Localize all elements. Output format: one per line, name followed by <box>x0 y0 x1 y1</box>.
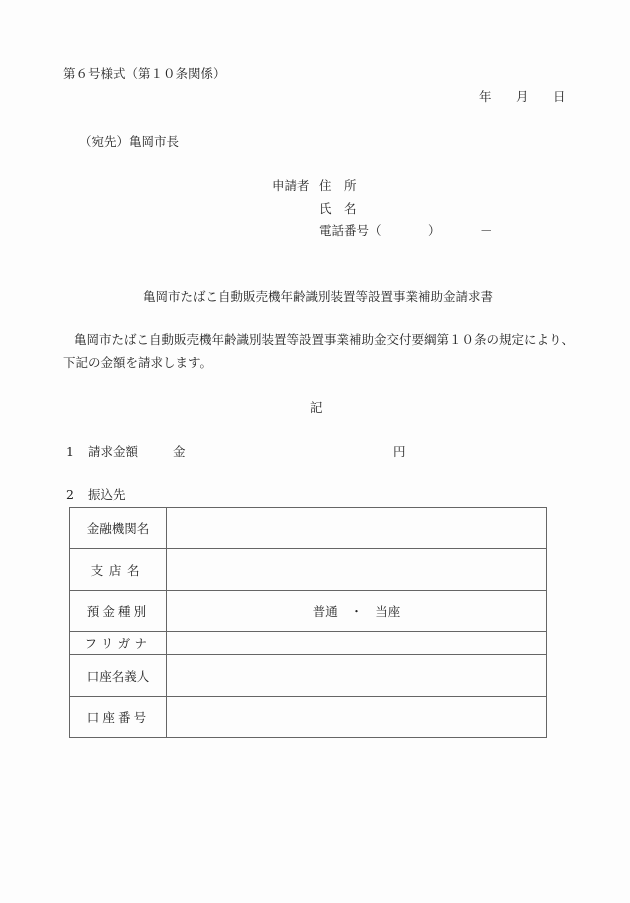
bank-account-table: 金融機関名 支店名 預金種別 普通 ・ 当座 フリガナ 口座名義人 口座番号 <box>69 507 547 738</box>
table-row: フリガナ <box>70 632 547 655</box>
item2-label: 振込先 <box>88 489 126 502</box>
item2-number: 2 <box>66 489 74 502</box>
applicant-label: 申請者 <box>272 180 310 193</box>
table-row: 金融機関名 <box>70 508 547 549</box>
item1-yen: 円 <box>393 446 406 459</box>
account-number-label: 口座番号 <box>70 697 167 738</box>
document-title: 亀岡市たばこ自動販売機年齢識別装置等設置事業補助金請求書 <box>143 291 493 304</box>
table-row: 預金種別 普通 ・ 当座 <box>70 591 547 632</box>
phone-close-paren: ） <box>428 225 441 238</box>
account-holder-field[interactable] <box>167 655 547 697</box>
phone-label: 電話番号（ <box>319 225 382 238</box>
address-label: 住 所 <box>319 180 357 193</box>
furigana-label: フリガナ <box>70 632 167 655</box>
name-label: 氏 名 <box>319 203 357 216</box>
date-year: 年 <box>479 91 492 104</box>
account-number-field[interactable] <box>167 697 547 738</box>
item1-number: 1 <box>66 446 74 459</box>
bank-name-field[interactable] <box>167 508 547 549</box>
branch-name-field[interactable] <box>167 549 547 591</box>
date-month: 月 <box>516 91 529 104</box>
item1-kin: 金 <box>173 446 186 459</box>
item1-label: 請求金額 <box>88 446 138 459</box>
date-day: 日 <box>553 91 566 104</box>
bank-name-label: 金融機関名 <box>70 508 167 549</box>
form-number: 第６号様式（第１０条関係） <box>63 68 226 81</box>
addressee: （宛先）亀岡市長 <box>79 136 179 149</box>
table-row: 支店名 <box>70 549 547 591</box>
furigana-field[interactable] <box>167 632 547 655</box>
ki-heading: 記 <box>310 402 323 415</box>
table-row: 口座名義人 <box>70 655 547 697</box>
branch-name-label: 支店名 <box>70 549 167 591</box>
deposit-type-field[interactable]: 普通 ・ 当座 <box>167 591 547 632</box>
phone-dash: － <box>480 225 493 238</box>
account-holder-label: 口座名義人 <box>70 655 167 697</box>
body-text-line2: 下記の金額を請求します。 <box>63 357 212 370</box>
deposit-type-label: 預金種別 <box>70 591 167 632</box>
body-text-line1: 亀岡市たばこ自動販売機年齢識別装置等設置事業補助金交付要綱第１０条の規定により、 <box>74 334 574 347</box>
table-row: 口座番号 <box>70 697 547 738</box>
